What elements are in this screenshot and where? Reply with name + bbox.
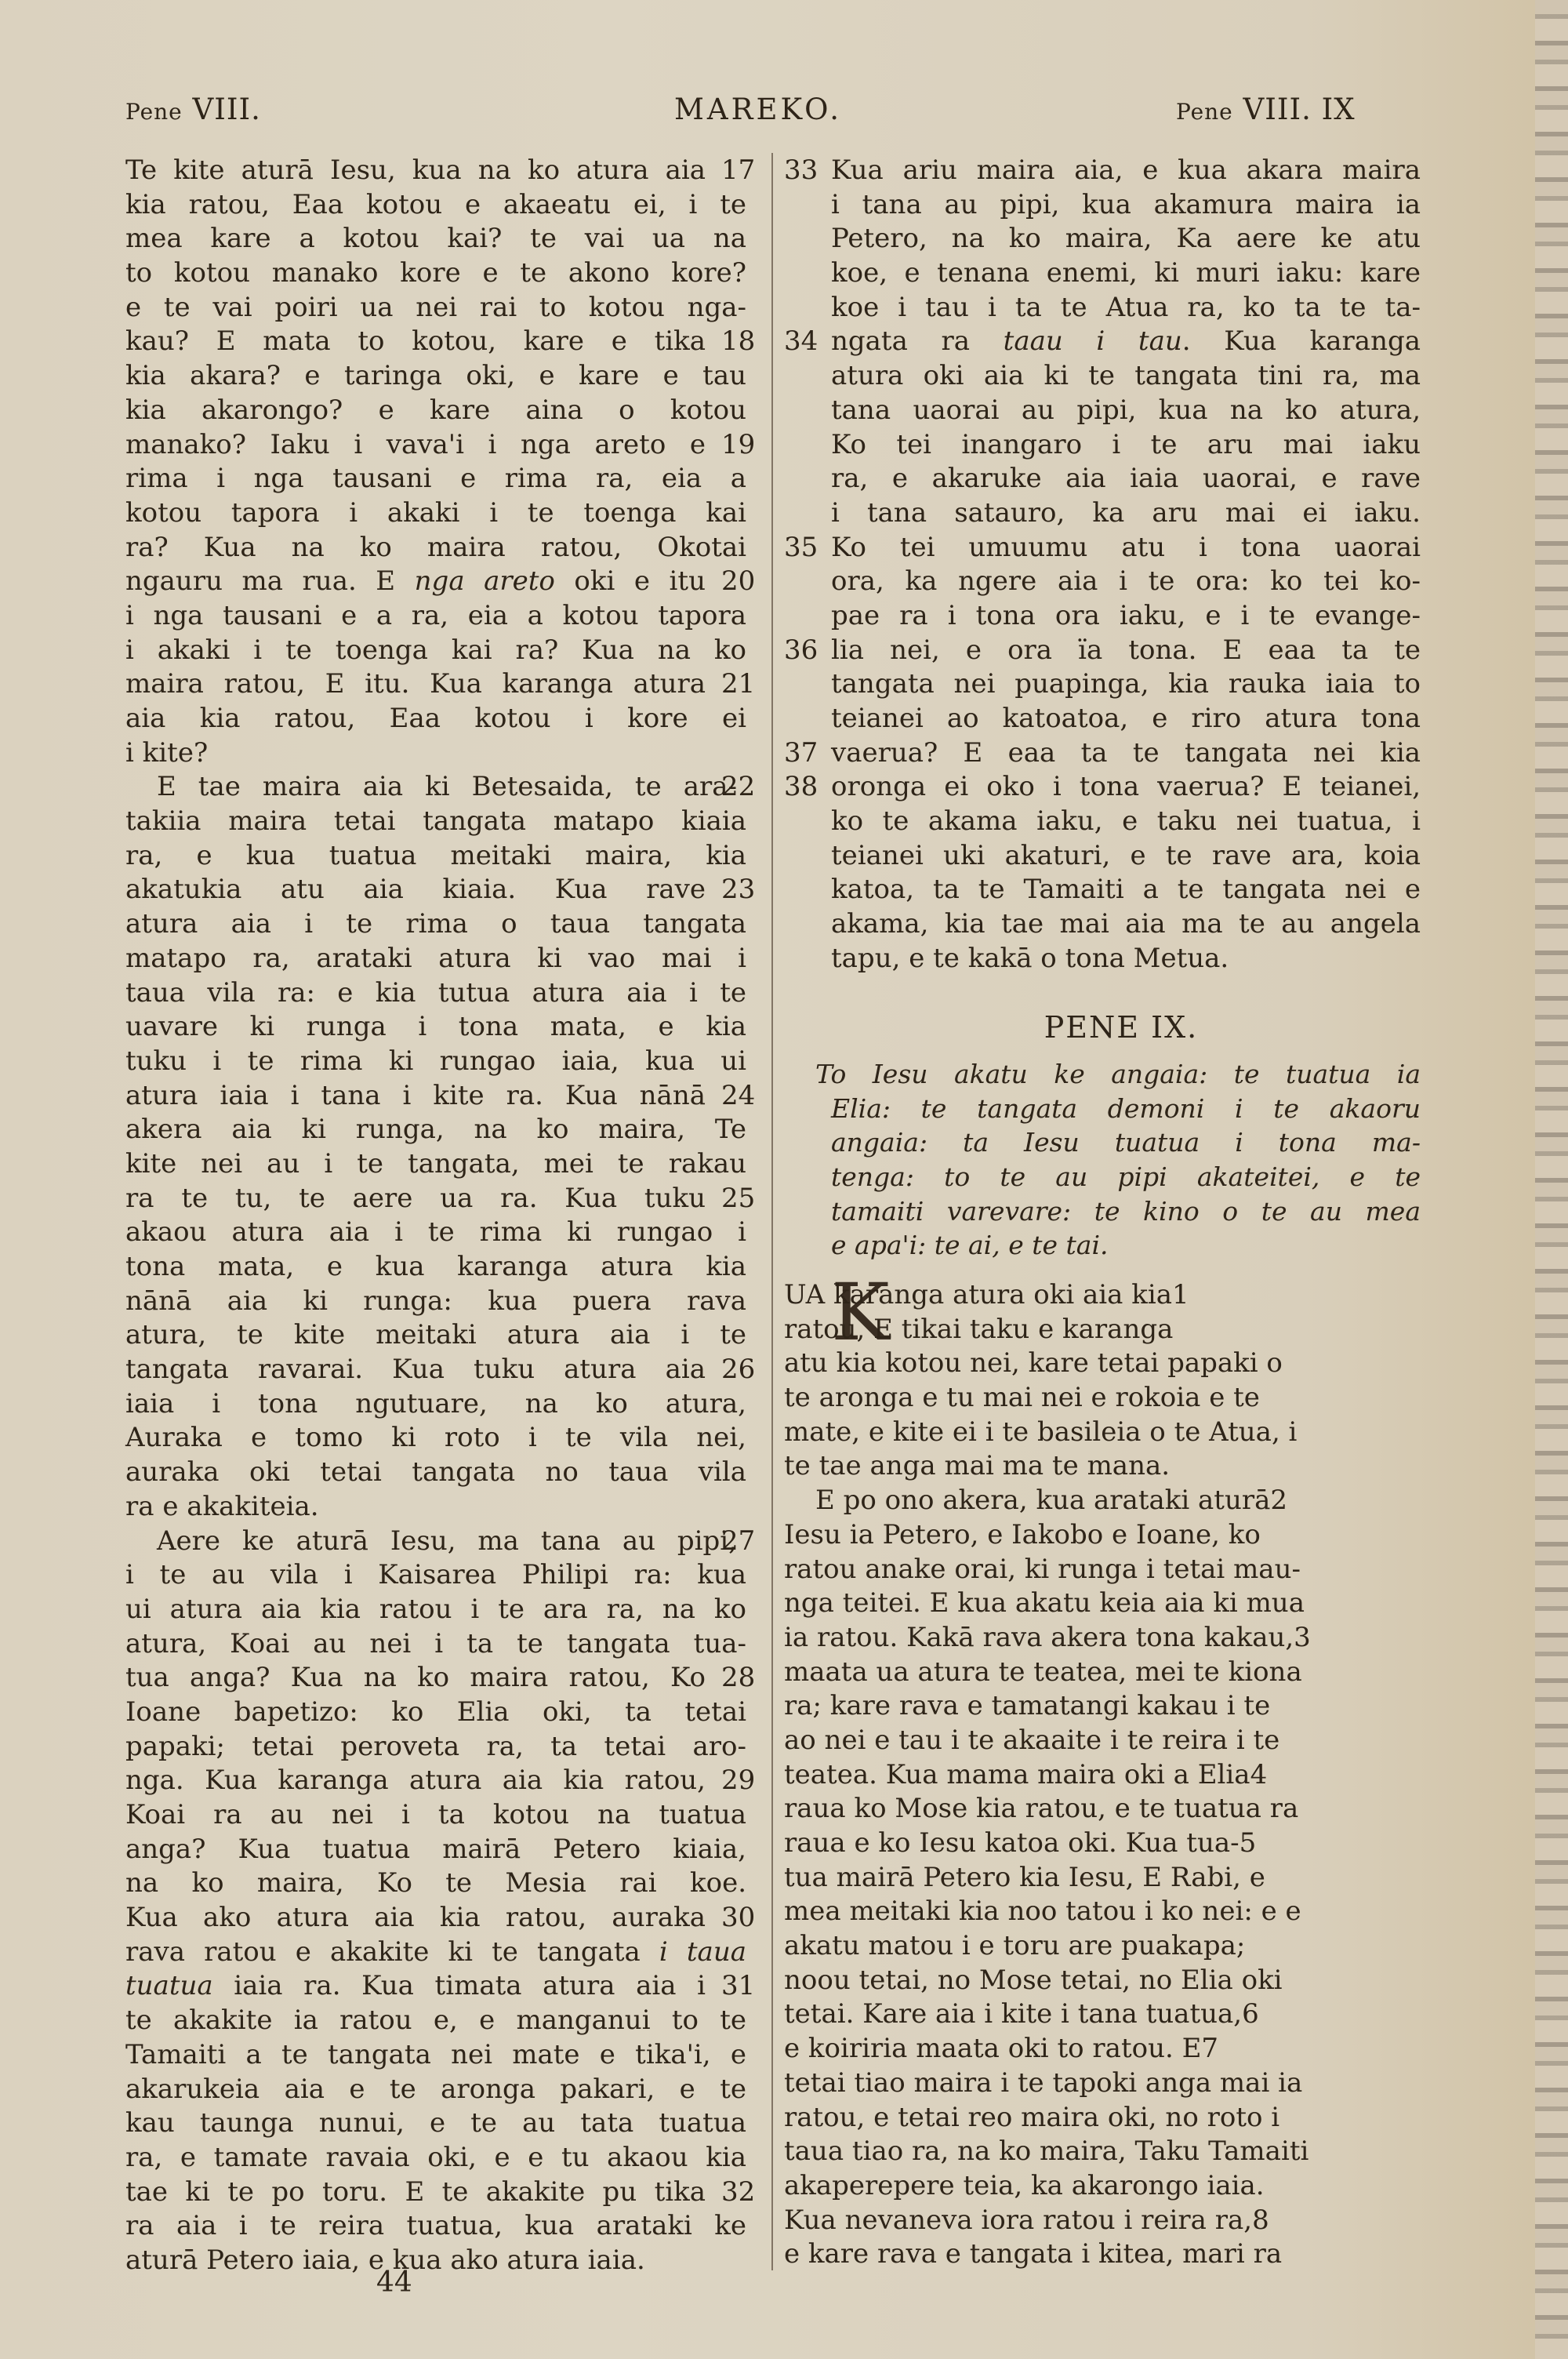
summary-line: e apa'i: te ai, e te tai. xyxy=(831,1228,1421,1263)
line-text: te akakite ia ratou e, e manganui to te xyxy=(125,2004,746,2038)
verse-number: 1 xyxy=(1172,1279,1189,1310)
verse-number: 20 xyxy=(721,565,755,599)
text-line: UA karanga atura oki aia kia1 xyxy=(784,1278,1458,1313)
text-line: kia akarongo? e kare aina o kotou xyxy=(125,394,753,428)
line-text: e koiriria maata oki to ratou. E xyxy=(784,2033,1201,2064)
verse-number: 22 xyxy=(721,770,755,805)
line-text: tangata ravarai. Kua tuku atura aia xyxy=(125,1353,706,1387)
line-text: uavare ki runga i tona mata, e kia xyxy=(125,1010,746,1045)
verse-number: 2 xyxy=(1270,1485,1287,1516)
text-line: atura, te kite meitaki atura aia i te xyxy=(125,1318,753,1353)
text-line: Tamaiti a te tangata nei mate e tika'i, … xyxy=(125,2038,753,2073)
line-text: nga. Kua karanga atura aia kia ratou, xyxy=(125,1764,706,1798)
text-line: kau? E mata to kotou, kare e tika18 xyxy=(125,325,753,359)
text-line: teianei ao katoatoa, e riro atura tona xyxy=(784,702,1458,736)
summary-line: To Iesu akatu ke angaia: te tuatua ia xyxy=(815,1057,1421,1092)
line-text: kau taunga nunui, e te au tata tuatua xyxy=(125,2106,746,2141)
text-line: ora, ka ngere aia i te ora: ko tei ko- xyxy=(784,565,1458,599)
verse-number: 7 xyxy=(1201,2033,1218,2064)
verse-number: 19 xyxy=(721,428,755,463)
line-text: akaou atura aia i te rima ki rungao i xyxy=(125,1216,746,1250)
verse-number: 37 xyxy=(784,736,818,771)
text-line: mea meitaki kia noo tatou i ko nei: e e xyxy=(784,1895,1458,1929)
text-line: to kotou manako kore e te akono kore? xyxy=(125,256,753,291)
text-line: atura, Koai au nei i ta te tangata tua- xyxy=(125,1627,753,1662)
line-text: teianei uki akaturi, e te rave ara, koia xyxy=(831,839,1421,874)
text-line: Auraka e tomo ki roto i te vila nei, xyxy=(125,1421,753,1456)
verse-number: 21 xyxy=(721,667,755,702)
column-divider xyxy=(771,153,773,2270)
line-text: i akaki i te toenga kai ra? Kua na ko xyxy=(125,634,746,668)
text-line: nānā aia ki runga: kua puera rava xyxy=(125,1285,753,1319)
verse-number: 34 xyxy=(784,325,818,359)
line-text: Auraka e tomo ki roto i te vila nei, xyxy=(125,1421,746,1456)
right-column: Kua ariu maira aia, e kua akara maira33i… xyxy=(784,154,1458,976)
book-title: MAREKO. xyxy=(674,93,842,126)
line-text: Te kite aturā Iesu, kua na ko atura aia xyxy=(125,154,706,188)
line-text: kia akarongo? e kare aina o kotou xyxy=(125,394,746,428)
text-line: ngauru ma rua. E nga areto oki e itu20 xyxy=(125,565,753,599)
line-text: UA karanga atura oki aia kia xyxy=(784,1279,1172,1310)
text-line: te akakite ia ratou e, e manganui to te xyxy=(125,2004,753,2038)
text-line: tetai tiao maira i te tapoki anga mai ia xyxy=(784,2066,1458,2101)
line-text: katoa, ta te Tamaiti a te tangata nei e xyxy=(831,873,1421,907)
text-line: Koai ra au nei i ta kotou na tuatua xyxy=(125,1798,753,1833)
line-text: Koai ra au nei i ta kotou na tuatua xyxy=(125,1798,746,1833)
line-text: ra? Kua na ko maira ratou, Okotai xyxy=(125,531,746,565)
verse-number: 18 xyxy=(721,325,755,359)
text-line: kia akara? e taringa oki, e kare e tau xyxy=(125,359,753,394)
line-text: Aere ke aturā Iesu, ma tana au pipi, xyxy=(125,1525,737,1559)
text-line: kite nei au i te tangata, mei te rakau xyxy=(125,1147,753,1182)
verse-number: 26 xyxy=(721,1353,755,1387)
line-text: ra, e kua tuatua meitaki maira, kia xyxy=(125,839,746,874)
line-text: pae ra i tona ora iaku, e i te evange- xyxy=(831,599,1421,634)
text-line: ratou anake orai, ki runga i tetai mau- xyxy=(784,1553,1458,1587)
line-text: E po ono akera, kua arataki aturā xyxy=(784,1485,1270,1516)
text-line: uavare ki runga i tona mata, e kia xyxy=(125,1010,753,1045)
text-line: ratou, e tetai reo maira oki, no roto i xyxy=(784,2101,1458,2135)
line-text: tetai. Kare aia i kite i tana tuatua, xyxy=(784,1998,1242,2030)
text-line: Te kite aturā Iesu, kua na ko atura aia1… xyxy=(125,154,753,188)
chapter-summary: To Iesu akatu ke angaia: te tuatua iaEli… xyxy=(831,1057,1421,1263)
line-text: atura, te kite meitaki atura aia i te xyxy=(125,1318,746,1353)
text-line: ra? Kua na ko maira ratou, Okotai xyxy=(125,531,753,565)
line-text: kau? E mata to kotou, kare e tika xyxy=(125,325,706,359)
line-text: Tamaiti a te tangata nei mate e tika'i, … xyxy=(125,2038,746,2073)
verse-number: 35 xyxy=(784,531,818,565)
line-text: vaerua? E eaa ta te tangata nei kia xyxy=(831,736,1421,771)
text-line: Ko tei inangaro i te aru mai iaku xyxy=(784,428,1458,463)
line-text: Ioane bapetizo: ko Elia oki, ta tetai xyxy=(125,1696,746,1730)
verse-number: 25 xyxy=(721,1182,755,1216)
text-line: e kare rava e tangata i kitea, mari ra xyxy=(784,2237,1458,2272)
line-text: tangata nei puapinga, kia rauka iaia to xyxy=(831,667,1421,702)
line-text: Kua ako atura aia kia ratou, auraka xyxy=(125,1901,706,1936)
book-page: Pene VIII. MAREKO. Pene VIII. IX Te kite… xyxy=(0,0,1535,2359)
line-text: tana uaorai au pipi, kua na ko atura, xyxy=(831,394,1421,428)
text-line: i te au vila i Kaisarea Philipi ra: kua xyxy=(125,1558,753,1593)
text-line: vaerua? E eaa ta te tangata nei kia37 xyxy=(784,736,1458,771)
text-line: tae ki te po toru. E te akakite pu tika3… xyxy=(125,2175,753,2210)
summary-line: tenga: to te au pipi akateitei, e te xyxy=(831,1160,1421,1194)
line-text: e te vai poiri ua nei rai to kotou nga- xyxy=(125,291,746,325)
verse-number: 33 xyxy=(784,154,818,188)
verse-number: 29 xyxy=(721,1764,755,1798)
verse-number: 17 xyxy=(721,154,755,188)
page-number: 44 xyxy=(376,2266,412,2299)
text-line: Aere ke aturā Iesu, ma tana au pipi,27 xyxy=(125,1525,753,1559)
text-line: na ko maira, Ko te Mesia rai koe. xyxy=(125,1866,753,1901)
text-line: akarukeia aia e te aronga pakari, e te xyxy=(125,2073,753,2107)
line-text: iaia i tona ngutuare, na ko atura, xyxy=(125,1387,746,1422)
line-text: noou tetai, no Mose tetai, no Elia oki xyxy=(784,1965,1283,1996)
text-line: mea kare a kotou kai? te vai ua na xyxy=(125,222,753,256)
text-line: ko te akama iaku, e taku nei tuatua, i xyxy=(784,805,1458,839)
summary-line: tamaiti varevare: te kino o te au mea xyxy=(831,1194,1421,1229)
line-text: ra, e akaruke aia iaia uaorai, e rave xyxy=(831,462,1421,496)
line-text: Petero, na ko maira, Ka aere ke atu xyxy=(831,222,1421,256)
line-text: raua ko Mose kia ratou, e te tuatua ra xyxy=(784,1793,1298,1824)
verse-number: 6 xyxy=(1242,1998,1259,2030)
text-line: ra, e tamate ravaia oki, e e tu akaou ki… xyxy=(125,2141,753,2175)
line-text: i nga tausani e a ra, eia a kotou tapora xyxy=(125,599,746,634)
line-text: ngata ra taau i tau. Kua karanga xyxy=(831,325,1421,359)
text-line: tangata ravarai. Kua tuku atura aia26 xyxy=(125,1353,753,1387)
line-text: taua tiao ra, na ko maira, Taku Tamaiti xyxy=(784,2135,1308,2167)
verse-number: 32 xyxy=(721,2175,755,2210)
verse-number: 30 xyxy=(721,1901,755,1936)
running-head-right-label: Pene xyxy=(1176,99,1233,125)
line-text: maata ua atura te teatea, mei te kiona xyxy=(784,1656,1302,1688)
verse-number: 24 xyxy=(721,1079,755,1114)
text-line: tua mairā Petero kia Iesu, E Rabi, e xyxy=(784,1861,1458,1896)
line-text: akarukeia aia e te aronga pakari, e te xyxy=(125,2073,746,2107)
line-text: atura oki aia ki te tangata tini ra, ma xyxy=(831,359,1421,394)
line-text: atura iaia i tana i kite ra. Kua nānā xyxy=(125,1079,706,1114)
text-line: tuku i te rima ki rungao iaia, kua ui xyxy=(125,1045,753,1079)
verse-number: 28 xyxy=(721,1661,755,1696)
text-line: tana uaorai au pipi, kua na ko atura, xyxy=(784,394,1458,428)
text-line: Iesu ia Petero, e Iakobo e Ioane, ko xyxy=(784,1518,1458,1553)
line-text: anga? Kua tuatua mairā Petero kiaia, xyxy=(125,1833,746,1867)
text-line: atura iaia i tana i kite ra. Kua nānā24 xyxy=(125,1079,753,1114)
line-text: matapo ra, arataki atura ki vao mai i xyxy=(125,942,746,976)
text-line: atura oki aia ki te tangata tini ra, ma xyxy=(784,359,1458,394)
text-line: teianei uki akaturi, e te rave ara, koia xyxy=(784,839,1458,874)
verse-number: 8 xyxy=(1252,2205,1269,2236)
text-line: i tana satauro, ka aru mai ei iaku. xyxy=(784,496,1458,531)
line-text: aturā Petero iaia, e kua ako atura iaia. xyxy=(125,2244,746,2278)
text-line: raua ko Mose kia ratou, e te tuatua ra xyxy=(784,1792,1458,1826)
line-text: i te au vila i Kaisarea Philipi ra: kua xyxy=(125,1558,746,1593)
text-line: koe i tau i ta te Atua ra, ko ta te ta- xyxy=(784,291,1458,325)
text-line: tapu, e te kakā o tona Metua. xyxy=(784,942,1458,976)
text-line: matapo ra, arataki atura ki vao mai i xyxy=(125,942,753,976)
text-line: Kua ariu maira aia, e kua akara maira33 xyxy=(784,154,1458,188)
running-head-right-chapter: VIII. IX xyxy=(1243,93,1356,126)
text-line: i akaki i te toenga kai ra? Kua na ko xyxy=(125,634,753,668)
line-text: te tae anga mai ma te mana. xyxy=(784,1450,1170,1481)
text-line: aia kia ratou, Eaa kotou i kore ei xyxy=(125,702,753,736)
text-line: ra, e akaruke aia iaia uaorai, e rave xyxy=(784,462,1458,496)
line-text: ia ratou. Kakā rava akera tona kakau, xyxy=(784,1622,1294,1653)
line-text: ra e akakiteia. xyxy=(125,1490,746,1525)
line-text: ratou anake orai, ki runga i tetai mau- xyxy=(784,1554,1301,1585)
line-text: tua mairā Petero kia Iesu, E Rabi, e xyxy=(784,1862,1265,1893)
text-line: taua tiao ra, na ko maira, Taku Tamaiti xyxy=(784,2135,1458,2169)
line-text: aia kia ratou, Eaa kotou i kore ei xyxy=(125,702,746,736)
line-text: rava ratou e akakite ki te tangata i tau… xyxy=(125,1936,746,1970)
text-line: tangata nei puapinga, kia rauka iaia to xyxy=(784,667,1458,702)
line-text: taua vila ra: e kia tutua atura aia i te xyxy=(125,976,746,1011)
text-line: kotou tapora i akaki i te toenga kai xyxy=(125,496,753,531)
text-line: noou tetai, no Mose tetai, no Elia oki xyxy=(784,1964,1458,1998)
line-text: kite nei au i te tangata, mei te rakau xyxy=(125,1147,746,1182)
text-line: nga. Kua karanga atura aia kia ratou,29 xyxy=(125,1764,753,1798)
text-line: ui atura aia kia ratou i te ara ra, na k… xyxy=(125,1593,753,1627)
text-line: Ioane bapetizo: ko Elia oki, ta tetai xyxy=(125,1696,753,1730)
text-line: akera aia ki runga, na ko maira, Te xyxy=(125,1113,753,1147)
line-text: te aronga e tu mai nei e rokoia e te xyxy=(784,1382,1260,1413)
text-line: pae ra i tona ora iaku, e i te evange- xyxy=(784,599,1458,634)
line-text: akama, kia tae mai aia ma te au angela xyxy=(831,907,1421,942)
text-line: teatea. Kua mama maira oki a Elia4 xyxy=(784,1758,1458,1793)
text-line: tetai. Kare aia i kite i tana tuatua,6 xyxy=(784,1997,1458,2032)
verse-number: 36 xyxy=(784,634,818,668)
text-line: i nga tausani e a ra, eia a kotou tapora xyxy=(125,599,753,634)
line-text: to kotou manako kore e te akono kore? xyxy=(125,256,746,291)
text-line: ao nei e tau i te akaaite i te reira i t… xyxy=(784,1724,1458,1758)
line-text: lia nei, e ora ïa tona. E eaa ta te xyxy=(831,634,1421,668)
line-text: E tae maira aia ki Betesaida, te ara- xyxy=(125,770,737,805)
verse-number: 31 xyxy=(721,1969,755,2004)
verse-number: 38 xyxy=(784,770,818,805)
text-line: E po ono akera, kua arataki aturā2 xyxy=(784,1484,1458,1518)
summary-line: Elia: te tangata demoni i te akaoru xyxy=(831,1092,1421,1126)
left-column: Te kite aturā Iesu, kua na ko atura aia1… xyxy=(125,154,753,2278)
line-text: atu kia kotou nei, kare tetai papaki o xyxy=(784,1347,1283,1379)
line-text: i kite? xyxy=(125,736,746,771)
text-line: nga teitei. E kua akatu keia aia ki mua xyxy=(784,1587,1458,1621)
line-text: i tana au pipi, kua akamura maira ia xyxy=(831,188,1421,223)
text-line: manako? Iaku i vava'i i nga areto e19 xyxy=(125,428,753,463)
text-line: ra aia i te reira tuatua, kua arataki ke xyxy=(125,2209,753,2244)
text-line: kia ratou, Eaa kotou e akaeatu ei, i te xyxy=(125,188,753,223)
line-text: koe, e tenana enemi, ki muri iaku: kare xyxy=(831,256,1421,291)
line-text: ngauru ma rua. E nga areto oki e itu xyxy=(125,565,706,599)
line-text: Iesu ia Petero, e Iakobo e Ioane, ko xyxy=(784,1519,1261,1550)
running-head-right: Pene VIII. IX xyxy=(1176,93,1356,126)
line-text: tuatua iaia ra. Kua timata atura aia i xyxy=(125,1969,706,2004)
text-line: kau taunga nunui, e te au tata tuatua xyxy=(125,2106,753,2141)
text-line: e koiriria maata oki to ratou. E7 xyxy=(784,2032,1458,2066)
line-text: kia akara? e taringa oki, e kare e tau xyxy=(125,359,746,394)
summary-line: angaia: ta Iesu tuatua i tona ma- xyxy=(831,1125,1421,1160)
text-line: e te vai poiri ua nei rai to kotou nga- xyxy=(125,291,753,325)
running-head-left-chapter: VIII. xyxy=(193,93,261,126)
chapter-9-text: K UA karanga atura oki aia kia1ratou, E … xyxy=(784,1278,1458,2272)
line-text: i tana satauro, ka aru mai ei iaku. xyxy=(831,496,1421,531)
text-line: maata ua atura te teatea, mei te kiona xyxy=(784,1656,1458,1690)
line-text: tae ki te po toru. E te akakite pu tika xyxy=(125,2175,706,2210)
verse-number: 3 xyxy=(1294,1622,1311,1653)
text-line: Ko tei umuumu atu i tona uaorai35 xyxy=(784,531,1458,565)
line-text: nga teitei. E kua akatu keia aia ki mua xyxy=(784,1587,1305,1619)
line-text: teatea. Kua mama maira oki a Elia xyxy=(784,1759,1250,1790)
line-text: tua anga? Kua na ko maira ratou, Ko xyxy=(125,1661,706,1696)
verse-number: 27 xyxy=(721,1525,755,1559)
line-text: raua e ko Iesu katoa oki. Kua tua- xyxy=(784,1827,1240,1859)
text-line: aturā Petero iaia, e kua ako atura iaia. xyxy=(125,2244,753,2278)
line-text: mea kare a kotou kai? te vai ua na xyxy=(125,222,746,256)
verse-number: 5 xyxy=(1240,1827,1257,1859)
text-line: tuatua iaia ra. Kua timata atura aia i31 xyxy=(125,1969,753,2004)
text-line: rima i nga tausani e rima ra, eia a xyxy=(125,462,753,496)
line-text: ra te tu, te aere ua ra. Kua tuku xyxy=(125,1182,706,1216)
text-line: maira ratou, E itu. Kua karanga atura21 xyxy=(125,667,753,702)
line-text: teianei ao katoatoa, e riro atura tona xyxy=(831,702,1421,736)
line-text: akatukia atu aia kiaia. Kua rave xyxy=(125,873,706,907)
page-edge xyxy=(1535,0,1568,2359)
line-text: takiia maira tetai tangata matapo kiaia xyxy=(125,805,746,839)
text-line: ia ratou. Kakā rava akera tona kakau,3 xyxy=(784,1621,1458,1656)
line-text: mea meitaki kia noo tatou i ko nei: e e xyxy=(784,1896,1301,1927)
line-text: na ko maira, Ko te Mesia rai koe. xyxy=(125,1866,746,1901)
chapter-heading: PENE IX. xyxy=(784,1010,1458,1045)
line-text: mate, e kite ei i te basileia o te Atua,… xyxy=(784,1416,1297,1448)
line-text: e kare rava e tangata i kitea, mari ra xyxy=(784,2238,1282,2270)
text-line: ra; kare rava e tamatangi kakau i te xyxy=(784,1689,1458,1724)
text-line: koe, e tenana enemi, ki muri iaku: kare xyxy=(784,256,1458,291)
line-text: nānā aia ki runga: kua puera rava xyxy=(125,1285,746,1319)
text-line: ra e akakiteia. xyxy=(125,1490,753,1525)
text-line: tona mata, e kua karanga atura kia xyxy=(125,1250,753,1285)
text-line: papaki; tetai peroveta ra, ta tetai aro- xyxy=(125,1730,753,1765)
text-line: Petero, na ko maira, Ka aere ke atu xyxy=(784,222,1458,256)
text-line: atu kia kotou nei, kare tetai papaki o xyxy=(784,1347,1458,1381)
text-line: atura aia i te rima o taua tangata xyxy=(125,907,753,942)
text-line: i tana au pipi, kua akamura maira ia xyxy=(784,188,1458,223)
line-text: koe i tau i ta te Atua ra, ko ta te ta- xyxy=(831,291,1421,325)
text-line: te tae anga mai ma te mana. xyxy=(784,1449,1458,1484)
text-line: katoa, ta te Tamaiti a te tangata nei e xyxy=(784,873,1458,907)
line-text: Ko tei umuumu atu i tona uaorai xyxy=(831,531,1421,565)
text-line: akaou atura aia i te rima ki rungao i xyxy=(125,1216,753,1250)
line-text: manako? Iaku i vava'i i nga areto e xyxy=(125,428,706,463)
line-text: auraka oki tetai tangata no taua vila xyxy=(125,1456,746,1490)
text-line: Kua ako atura aia kia ratou, auraka30 xyxy=(125,1901,753,1936)
line-text: ui atura aia kia ratou i te ara ra, na k… xyxy=(125,1593,746,1627)
text-line: ratou, E tikai taku e karanga xyxy=(784,1313,1458,1347)
text-line: anga? Kua tuatua mairā Petero kiaia, xyxy=(125,1833,753,1867)
text-line: ra te tu, te aere ua ra. Kua tuku25 xyxy=(125,1182,753,1216)
running-head-left-label: Pene xyxy=(125,99,183,125)
line-text: ratou, E tikai taku e karanga xyxy=(784,1314,1173,1345)
text-line: lia nei, e ora ïa tona. E eaa ta te36 xyxy=(784,634,1458,668)
line-text: ora, ka ngere aia i te ora: ko tei ko- xyxy=(831,565,1421,599)
text-line: te aronga e tu mai nei e rokoia e te xyxy=(784,1381,1458,1416)
text-line: auraka oki tetai tangata no taua vila xyxy=(125,1456,753,1490)
line-text: rima i nga tausani e rima ra, eia a xyxy=(125,462,746,496)
text-line: takiia maira tetai tangata matapo kiaia xyxy=(125,805,753,839)
text-line: rava ratou e akakite ki te tangata i tau… xyxy=(125,1936,753,1970)
text-line: iaia i tona ngutuare, na ko atura, xyxy=(125,1387,753,1422)
line-text: maira ratou, E itu. Kua karanga atura xyxy=(125,667,706,702)
line-text: Kua nevaneva iora ratou i reira ra, xyxy=(784,2205,1252,2236)
verse-number: 4 xyxy=(1250,1759,1268,1790)
line-text: atura aia i te rima o taua tangata xyxy=(125,907,746,942)
line-text: ra; kare rava e tamatangi kakau i te xyxy=(784,1690,1270,1721)
line-text: oronga ei oko i tona vaerua? E teianei, xyxy=(831,770,1421,805)
text-line: Kua nevaneva iora ratou i reira ra,8 xyxy=(784,2204,1458,2238)
line-text: Ko tei inangaro i te aru mai iaku xyxy=(831,428,1421,463)
text-line: ra, e kua tuatua meitaki maira, kia xyxy=(125,839,753,874)
line-text: ratou, e tetai reo maira oki, no roto i xyxy=(784,2102,1279,2133)
text-line: mate, e kite ei i te basileia o te Atua,… xyxy=(784,1416,1458,1450)
line-text: ko te akama iaku, e taku nei tuatua, i xyxy=(831,805,1421,839)
line-text: akera aia ki runga, na ko maira, Te xyxy=(125,1113,746,1147)
text-line: ngata ra taau i tau. Kua karanga34 xyxy=(784,325,1458,359)
text-line: taua vila ra: e kia tutua atura aia i te xyxy=(125,976,753,1011)
text-line: akaperepere teia, ka akarongo iaia. xyxy=(784,2169,1458,2204)
line-text: tetai tiao maira i te tapoki anga mai ia xyxy=(784,2067,1302,2099)
text-line: oronga ei oko i tona vaerua? E teianei,3… xyxy=(784,770,1458,805)
text-line: akama, kia tae mai aia ma te au angela xyxy=(784,907,1458,942)
text-line: tua anga? Kua na ko maira ratou, Ko28 xyxy=(125,1661,753,1696)
line-text: Kua ariu maira aia, e kua akara maira xyxy=(831,154,1421,188)
line-text: kia ratou, Eaa kotou e akaeatu ei, i te xyxy=(125,188,746,223)
text-line: akatukia atu aia kiaia. Kua rave23 xyxy=(125,873,753,907)
line-text: tuku i te rima ki rungao iaia, kua ui xyxy=(125,1045,746,1079)
line-text: papaki; tetai peroveta ra, ta tetai aro- xyxy=(125,1730,746,1765)
line-text: tapu, e te kakā o tona Metua. xyxy=(831,942,1421,976)
line-text: atura, Koai au nei i ta te tangata tua- xyxy=(125,1627,746,1662)
line-text: ra aia i te reira tuatua, kua arataki ke xyxy=(125,2209,746,2244)
text-line: E tae maira aia ki Betesaida, te ara-22 xyxy=(125,770,753,805)
line-text: akatu matou i e toru are puakapa; xyxy=(784,1930,1245,1961)
text-line: i kite? xyxy=(125,736,753,771)
verse-number: 23 xyxy=(721,873,755,907)
text-line: raua e ko Iesu katoa oki. Kua tua-5 xyxy=(784,1826,1458,1861)
running-head-left: Pene VIII. xyxy=(125,93,261,126)
line-text: kotou tapora i akaki i te toenga kai xyxy=(125,496,746,531)
line-text: tona mata, e kua karanga atura kia xyxy=(125,1250,746,1285)
text-line: akatu matou i e toru are puakapa; xyxy=(784,1929,1458,1964)
line-text: akaperepere teia, ka akarongo iaia. xyxy=(784,2170,1265,2201)
line-text: ra, e tamate ravaia oki, e e tu akaou ki… xyxy=(125,2141,746,2175)
line-text: ao nei e tau i te akaaite i te reira i t… xyxy=(784,1725,1279,1756)
